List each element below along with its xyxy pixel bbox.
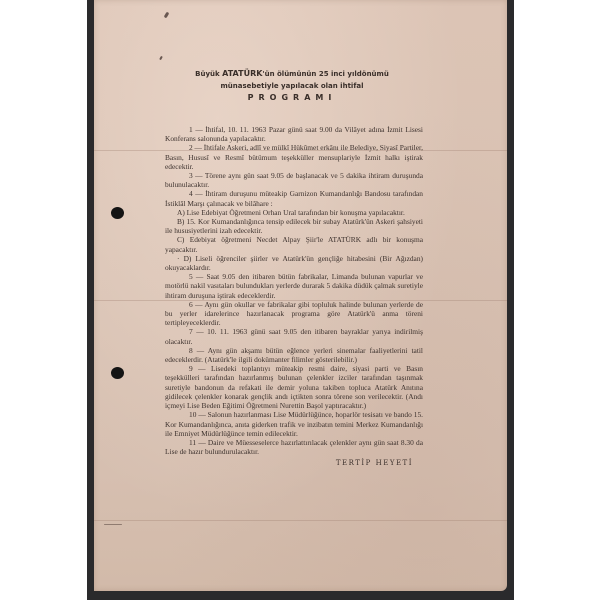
program-item: 2 — İhtifale Askeri, adlî ve mülkî Hükûm… xyxy=(165,143,423,171)
program-item: 5 — Saat 9.05 den itibaren bütün fabrika… xyxy=(165,272,423,300)
document-heading: PROGRAMI xyxy=(161,92,423,104)
document-title-line2: münasebetiyle yapılacak olan ihtifal xyxy=(161,80,423,92)
document: Büyük ATATÜRK'ün ölümünün 25 inci yıldön… xyxy=(165,68,423,469)
document-title-line1: Büyük ATATÜRK'ün ölümünün 25 inci yıldön… xyxy=(161,68,423,80)
program-item: 4 — İhtiram duruşunu müteakip Garnizon K… xyxy=(165,189,423,207)
program-item: 7 — 10. 11. 1963 günü saat 9.05 den itib… xyxy=(165,327,423,345)
title-name: ATATÜRK xyxy=(222,69,262,78)
punch-hole xyxy=(111,207,124,219)
program-item: 10 — Salonun hazırlanması Lise Müdürlüğü… xyxy=(165,410,423,438)
title-text: 'ün ölümünün 25 inci yıldönümü xyxy=(262,70,388,78)
program-item: 9 — Lisedeki toplantıyı müteakip resmi d… xyxy=(165,364,423,410)
program-items: 1 — İhtifal, 10. 11. 1963 Pazar günü saa… xyxy=(165,125,423,456)
program-subitem: C) Edebiyat öğretmeni Necdet Alpay Şiir'… xyxy=(165,235,423,253)
paper-speck xyxy=(164,12,170,19)
signature: TERTİP HEYETİ xyxy=(165,459,423,468)
program-subitem: B) 15. Kor Kumandanlığınca tensip edilec… xyxy=(165,217,423,235)
punch-hole xyxy=(111,367,124,379)
paper-fold-line xyxy=(94,520,507,521)
program-item: 3 — Törene aynı gün saat 9.05 de başlana… xyxy=(165,171,423,189)
title-text: Büyük xyxy=(195,70,222,78)
program-subitem: · D) Liseli öğrenciler şiirler ve Atatür… xyxy=(165,254,423,272)
program-item: 1 — İhtifal, 10. 11. 1963 Pazar günü saa… xyxy=(165,125,423,143)
program-subitem: A) Lise Edebiyat Öğretmeni Orhan Ural ta… xyxy=(165,208,423,217)
program-item: 11 — Daire ve Müesseselerce hazırlattırı… xyxy=(165,438,423,456)
paper-speck xyxy=(159,56,163,60)
paper-crease xyxy=(104,524,122,525)
program-item: 6 — Aynı gün okullar ve fabrikalar gibi … xyxy=(165,300,423,328)
program-item: 8 — Aynı gün akşamı bütün eğlence yerler… xyxy=(165,346,423,364)
